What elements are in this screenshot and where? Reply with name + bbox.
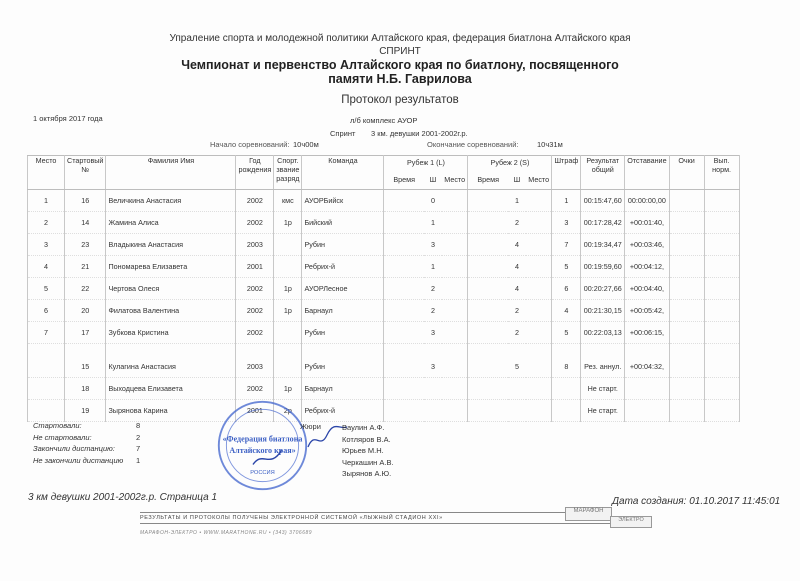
cell-r1-pos: [442, 212, 468, 234]
cell-place: [28, 400, 65, 422]
cell-r1-time: [384, 300, 424, 322]
race-label: Спринт: [330, 129, 355, 138]
cell-r1-shots: [424, 400, 442, 422]
cell-r1-pos: [442, 378, 468, 400]
cell-r2-time: [468, 322, 508, 344]
cell-team: Ребрих-й: [302, 400, 384, 422]
table-row: 522Чертова Олеся20021рАУОРЛесное24600:20…: [28, 278, 740, 300]
cell-year: 2003: [236, 234, 274, 256]
cell-r1-time: [384, 278, 424, 300]
cell-behind: +00:05:42,: [625, 300, 669, 322]
cell-team: Барнаул: [302, 378, 384, 400]
cell-result: 00:20:27,66: [581, 278, 625, 300]
table-row: 15Кулагина Анастасия2003Рубин358Рез. анн…: [28, 344, 740, 378]
cell-r2-time: [468, 378, 508, 400]
cell-rank: [274, 344, 302, 378]
col-place: Место: [28, 156, 65, 190]
jury-member: Черкашин А.В.: [342, 457, 394, 469]
cell-penalty: 3: [552, 212, 581, 234]
cell-result: Не старт.: [581, 400, 625, 422]
cell-year: 2003: [236, 344, 274, 378]
cell-behind: +00:03:46,: [625, 234, 669, 256]
cell-name: Жамина Алиса: [106, 212, 236, 234]
cell-penalty: 4: [552, 300, 581, 322]
cell-r2-time: [468, 278, 508, 300]
col-range2: Рубеж 2 (S): [468, 156, 552, 170]
cell-team: Рубин: [302, 322, 384, 344]
cell-penalty: 1: [552, 190, 581, 212]
cell-r2-shots: 4: [508, 234, 526, 256]
jury-list: Ваулин А.Ф.Котляров В.А.Юрьев М.Н.Черкаш…: [342, 422, 394, 480]
cell-name: Кулагина Анастасия: [106, 344, 236, 378]
cell-points: [669, 344, 704, 378]
start-label: Начало соревнований:: [210, 140, 290, 149]
cell-result: 00:15:47,60: [581, 190, 625, 212]
cell-norm: [704, 278, 739, 300]
cell-bib: 21: [65, 256, 106, 278]
cell-place: 1: [28, 190, 65, 212]
cell-r2-time: [468, 190, 508, 212]
cell-points: [669, 234, 704, 256]
cell-r2-time: [468, 256, 508, 278]
cell-r1-shots: 1: [424, 212, 442, 234]
cell-norm: [704, 344, 739, 378]
cell-norm: [704, 256, 739, 278]
cell-r1-shots: [424, 378, 442, 400]
cell-name: Владыкина Анастасия: [106, 234, 236, 256]
cell-r1-time: [384, 378, 424, 400]
cell-r2-shots: [508, 378, 526, 400]
start-time: 10ч00м: [293, 140, 319, 149]
cell-penalty: 5: [552, 256, 581, 278]
cell-year: 2002: [236, 190, 274, 212]
stat-label: Закончили дистанцию:: [33, 444, 115, 453]
event-date: 1 октября 2017 года: [33, 114, 103, 123]
cell-r2-shots: 4: [508, 278, 526, 300]
cell-r2-pos: [526, 378, 552, 400]
cell-year: 2002: [236, 300, 274, 322]
table-row: 620Филатова Валентина20021рБарнаул22400:…: [28, 300, 740, 322]
cell-name: Пономарева Елизавета: [106, 256, 236, 278]
cell-rank: кмс: [274, 190, 302, 212]
cell-norm: [704, 190, 739, 212]
col-r1-shots: Ш: [424, 170, 442, 190]
cell-behind: +00:01:40,: [625, 212, 669, 234]
stat-value: 2: [136, 432, 140, 444]
cell-name: Филатова Валентина: [106, 300, 236, 322]
cell-rank: [274, 234, 302, 256]
table-row: 323Владыкина Анастасия2003Рубин34700:19:…: [28, 234, 740, 256]
cell-norm: [704, 322, 739, 344]
table-row: 717Зубкова Кристина2002Рубин32500:22:03,…: [28, 322, 740, 344]
cell-r2-pos: [526, 300, 552, 322]
stat-row: Не закончили дистанцию1: [33, 455, 123, 467]
cell-r1-shots: 2: [424, 300, 442, 322]
cell-place: 5: [28, 278, 65, 300]
cell-penalty: 5: [552, 322, 581, 344]
cell-bib: 16: [65, 190, 106, 212]
cell-r1-time: [384, 256, 424, 278]
cell-result: 00:17:28,42: [581, 212, 625, 234]
results-table: Место Стартовый № Фамилия Имя Год рожден…: [27, 155, 740, 422]
stats-block: Стартовали:8Не стартовали:2Закончили дис…: [33, 420, 123, 466]
cell-r1-time: [384, 344, 424, 378]
end-time: 10ч31м: [537, 140, 563, 149]
cell-r2-pos: [526, 322, 552, 344]
cell-rank: 1р: [274, 278, 302, 300]
cell-r1-shots: 1: [424, 256, 442, 278]
cell-points: [669, 190, 704, 212]
cell-r1-pos: [442, 190, 468, 212]
cell-year: 2002: [236, 278, 274, 300]
cell-r1-pos: [442, 400, 468, 422]
cell-behind: +00:04:12,: [625, 256, 669, 278]
col-behind: Отставание: [625, 156, 669, 190]
col-r2-shots: Ш: [508, 170, 526, 190]
cell-r1-shots: 3: [424, 322, 442, 344]
table-row: 19Зырянова Карина20012рРебрих-йНе старт.: [28, 400, 740, 422]
cell-norm: [704, 212, 739, 234]
svg-text:РОССИЯ: РОССИЯ: [250, 470, 275, 476]
cell-r2-shots: 2: [508, 300, 526, 322]
cell-r1-shots: 0: [424, 190, 442, 212]
cell-penalty: 8: [552, 344, 581, 378]
cell-norm: [704, 234, 739, 256]
cell-r2-pos: [526, 400, 552, 422]
cell-bib: 20: [65, 300, 106, 322]
cell-result: Не старт.: [581, 378, 625, 400]
cell-bib: 22: [65, 278, 106, 300]
col-range1: Рубеж 1 (L): [384, 156, 468, 170]
cell-r2-shots: 4: [508, 256, 526, 278]
cell-r2-pos: [526, 344, 552, 378]
stat-row: Закончили дистанцию:7: [33, 443, 123, 455]
cell-year: 2002: [236, 322, 274, 344]
cell-r1-time: [384, 400, 424, 422]
col-team: Команда: [302, 156, 384, 190]
federation-stamp-icon: «Федерация биатлона Алтайского края» РОС…: [215, 398, 310, 493]
cell-r1-shots: 3: [424, 234, 442, 256]
cell-bib: 15: [65, 344, 106, 378]
table-row: 214Жамина Алиса20021рБийский12300:17:28,…: [28, 212, 740, 234]
cell-place: 7: [28, 322, 65, 344]
cell-rank: [274, 322, 302, 344]
cell-points: [669, 212, 704, 234]
cell-r1-pos: [442, 300, 468, 322]
page-label: 3 км девушки 2001-2002г.р. Страница 1: [28, 492, 217, 503]
cell-r1-time: [384, 212, 424, 234]
cell-penalty: [552, 378, 581, 400]
protocol-title: Протокол результатов: [0, 94, 800, 106]
cell-bib: 17: [65, 322, 106, 344]
venue: л/б комплекс АУОР: [350, 116, 417, 125]
cell-team: Рубин: [302, 344, 384, 378]
cell-r2-pos: [526, 190, 552, 212]
cell-points: [669, 278, 704, 300]
cell-norm: [704, 400, 739, 422]
cell-bib: 19: [65, 400, 106, 422]
cell-r1-time: [384, 234, 424, 256]
cell-name: Зубкова Кристина: [106, 322, 236, 344]
cell-r1-time: [384, 190, 424, 212]
cell-result: Рез. аннул.: [581, 344, 625, 378]
col-rank: Спорт. звание разряд: [274, 156, 302, 190]
cell-r2-shots: 5: [508, 344, 526, 378]
svg-text:«Федерация биатлона: «Федерация биатлона: [223, 435, 303, 444]
cell-bib: 14: [65, 212, 106, 234]
cell-rank: 1р: [274, 378, 302, 400]
cell-r1-time: [384, 322, 424, 344]
cell-year: 2002: [236, 212, 274, 234]
cell-bib: 23: [65, 234, 106, 256]
cell-points: [669, 400, 704, 422]
cell-r1-pos: [442, 278, 468, 300]
cell-place: 4: [28, 256, 65, 278]
table-row: 18Выходцева Елизавета20021рБарнаулНе ста…: [28, 378, 740, 400]
electro-logo-icon: ЭЛЕКТРО: [610, 516, 652, 528]
cell-penalty: 6: [552, 278, 581, 300]
col-r2-time: Время: [468, 170, 508, 190]
col-year: Год рождения: [236, 156, 274, 190]
cell-rank: [274, 256, 302, 278]
event-title: Чемпионат и первенство Алтайского края п…: [0, 58, 800, 86]
cell-team: АУОРБийск: [302, 190, 384, 212]
cell-points: [669, 322, 704, 344]
cell-name: Чертова Олеся: [106, 278, 236, 300]
jury-member: Ваулин А.Ф.: [342, 422, 394, 434]
cell-norm: [704, 300, 739, 322]
cell-r2-time: [468, 212, 508, 234]
cell-team: Рубин: [302, 234, 384, 256]
stat-value: 1: [136, 455, 140, 467]
cell-place: 3: [28, 234, 65, 256]
cell-place: 2: [28, 212, 65, 234]
cell-r2-shots: 2: [508, 212, 526, 234]
col-r1-pos: Место: [442, 170, 468, 190]
jury-member: Зырянов А.Ю.: [342, 468, 394, 480]
cell-year: 2002: [236, 378, 274, 400]
cell-r1-pos: [442, 234, 468, 256]
event-title-line2: памяти Н.Б. Гаврилова: [0, 72, 800, 86]
cell-r2-shots: 1: [508, 190, 526, 212]
cell-place: 6: [28, 300, 65, 322]
format-label: СПРИНТ: [0, 46, 800, 57]
cell-behind: [625, 378, 669, 400]
cell-r2-shots: [508, 400, 526, 422]
cell-behind: [625, 400, 669, 422]
cell-points: [669, 300, 704, 322]
cell-place: [28, 378, 65, 400]
cell-r2-pos: [526, 212, 552, 234]
created-date: Дата создания: 01.10.2017 11:45:01: [612, 496, 780, 507]
cell-name: Выходцева Елизавета: [106, 378, 236, 400]
cell-r1-pos: [442, 344, 468, 378]
event-title-line1: Чемпионат и первенство Алтайского края п…: [0, 58, 800, 72]
cell-result: 00:21:30,15: [581, 300, 625, 322]
race-description: 3 км. девушки 2001-2002г.р.: [371, 129, 468, 138]
cell-r1-pos: [442, 256, 468, 278]
cell-behind: +00:04:32,: [625, 344, 669, 378]
cell-result: 00:22:03,13: [581, 322, 625, 344]
stat-label: Не стартовали:: [33, 433, 92, 442]
cell-result: 00:19:34,47: [581, 234, 625, 256]
cell-team: Барнаул: [302, 300, 384, 322]
stat-row: Не стартовали:2: [33, 432, 123, 444]
jury-member: Юрьев М.Н.: [342, 445, 394, 457]
cell-team: Бийский: [302, 212, 384, 234]
cell-r2-pos: [526, 234, 552, 256]
col-penalty: Штраф: [552, 156, 581, 190]
cell-norm: [704, 378, 739, 400]
col-r1-time: Время: [384, 170, 424, 190]
cell-result: 00:19:59,60: [581, 256, 625, 278]
cell-points: [669, 256, 704, 278]
cell-team: Ребрих-й: [302, 256, 384, 278]
organizer-line: Упраление спорта и молодежной политики А…: [0, 33, 800, 44]
col-norm: Вып. норм.: [704, 156, 739, 190]
cell-r2-time: [468, 234, 508, 256]
cell-r1-shots: 3: [424, 344, 442, 378]
marathon-logo-icon: МАРАФОН: [565, 507, 612, 521]
col-result: Результат общий: [581, 156, 625, 190]
svg-text:Алтайского края»: Алтайского края»: [229, 446, 295, 455]
cell-r2-time: [468, 300, 508, 322]
col-name: Фамилия Имя: [106, 156, 236, 190]
stat-value: 7: [136, 443, 140, 455]
cell-penalty: 7: [552, 234, 581, 256]
cell-behind: +00:06:15,: [625, 322, 669, 344]
col-r2-pos: Место: [526, 170, 552, 190]
cell-r2-pos: [526, 256, 552, 278]
col-bib: Стартовый №: [65, 156, 106, 190]
cell-place: [28, 344, 65, 378]
jury-member: Котляров В.А.: [342, 434, 394, 446]
stat-value: 8: [136, 420, 140, 432]
cell-r1-shots: 2: [424, 278, 442, 300]
cell-team: АУОРЛесное: [302, 278, 384, 300]
cell-points: [669, 378, 704, 400]
cell-bib: 18: [65, 378, 106, 400]
cell-r2-pos: [526, 278, 552, 300]
cell-r2-time: [468, 400, 508, 422]
stat-label: Стартовали:: [33, 421, 82, 430]
stat-row: Стартовали:8: [33, 420, 123, 432]
stat-label: Не закончили дистанцию: [33, 456, 123, 465]
col-points: Очки: [669, 156, 704, 190]
system-line: РЕЗУЛЬТАТЫ И ПРОТОКОЛЫ ПОЛУЧЕНЫ ЭЛЕКТРОН…: [140, 512, 610, 524]
cell-rank: 1р: [274, 300, 302, 322]
cell-rank: 1р: [274, 212, 302, 234]
contact-line: МАРАФОН-ЭЛЕКТРО • WWW.MARATHONE.RU • (34…: [140, 530, 312, 536]
cell-behind: 00:00:00,00: [625, 190, 669, 212]
cell-r2-shots: 2: [508, 322, 526, 344]
cell-year: 2001: [236, 256, 274, 278]
cell-penalty: [552, 400, 581, 422]
cell-name: Величкина Анастасия: [106, 190, 236, 212]
table-row: 421Пономарева Елизавета2001Ребрих-й14500…: [28, 256, 740, 278]
end-label: Окончание соревнований:: [427, 140, 519, 149]
table-row: 116Величкина Анастасия2002кмсАУОРБийск01…: [28, 190, 740, 212]
cell-r2-time: [468, 344, 508, 378]
cell-behind: +00:04:40,: [625, 278, 669, 300]
cell-r1-pos: [442, 322, 468, 344]
